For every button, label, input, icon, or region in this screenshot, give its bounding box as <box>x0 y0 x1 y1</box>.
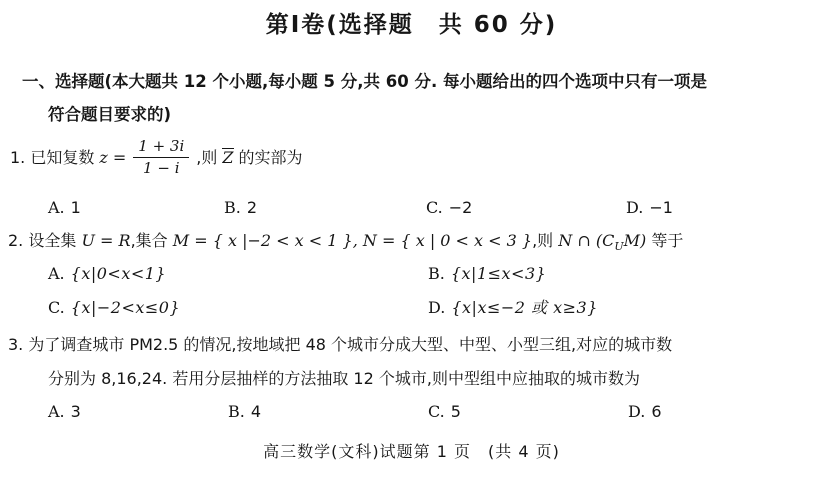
question-3-options: A.3 B.4 C.5 D.6 <box>0 402 823 426</box>
q1-fraction-denominator: 1 − i <box>143 158 179 178</box>
q2-option-b-label: B. <box>428 264 445 283</box>
q3-option-a-text: 3 <box>71 402 81 421</box>
q2-option-d: D.{x|x≤−2 或 x≥3} <box>428 298 598 317</box>
q1-option-c-label: C. <box>426 198 443 217</box>
question-2-options-cd: C.{x|−2<x≤0} D.{x|x≤−2 或 x≥3} <box>0 298 823 322</box>
question-1-options: A.1 B.2 C.−2 D.−1 <box>0 198 823 222</box>
q1-option-c: C.−2 <box>426 198 472 217</box>
q3-option-c: C.5 <box>428 402 461 421</box>
q2-text-3: ,则 <box>532 231 558 250</box>
q1-option-c-text: −2 <box>449 198 473 217</box>
question-1-stem: 1. 已知复数 z = 1 + 3i 1 − i ,则 Z 的实部为 <box>10 137 303 178</box>
q3-option-d-label: D. <box>628 402 645 421</box>
question-3-stem-line2: 分别为 8,16,24. 若用分层抽样的方法抽取 12 个城市,则中型组中应抽取… <box>48 369 640 388</box>
q1-fraction-numerator: 1 + 3i <box>133 137 189 158</box>
q1-option-d-label: D. <box>626 198 643 217</box>
page-footer: 高三数学(文科)试题第 1 页 (共 4 页) <box>0 442 823 461</box>
section-header-line1: 一、选择题(本大题共 12 个小题,每小题 5 分,共 60 分. 每小题给出的… <box>22 72 707 92</box>
q1-text-pre: 1. 已知复数 <box>10 148 94 167</box>
q2-option-a-text: {x|0<x<1} <box>71 264 166 283</box>
section-header-line2: 符合题目要求的) <box>48 105 171 125</box>
q2-option-a: A.{x|0<x<1} <box>48 264 166 283</box>
q2-math-sets: M = { x |−2 < x < 1 }, N = { x | 0 < x <… <box>173 231 532 250</box>
question-2-options-ab: A.{x|0<x<1} B.{x|1≤x<3} <box>0 264 823 288</box>
question-3-stem-line1: 3. 为了调查城市 PM2.5 的情况,按地域把 48 个城市分成大型、中型、小… <box>8 335 672 354</box>
q2-text-1: 2. 设全集 <box>8 231 81 250</box>
page-title: 第Ⅰ卷(选择题 共 60 分) <box>0 6 823 39</box>
q2-option-d-label: D. <box>428 298 445 317</box>
q3-option-d: D.6 <box>628 402 662 421</box>
q1-option-a: A.1 <box>48 198 81 217</box>
q1-option-d-text: −1 <box>649 198 673 217</box>
q1-option-a-label: A. <box>48 198 65 217</box>
q2-option-c: C.{x|−2<x≤0} <box>48 298 180 317</box>
q2-option-a-label: A. <box>48 264 65 283</box>
q2-option-b-text: {x|1≤x<3} <box>451 264 546 283</box>
q2-option-c-text: {x|−2<x≤0} <box>71 298 180 317</box>
q1-option-b-text: 2 <box>247 198 257 217</box>
q1-option-d: D.−1 <box>626 198 673 217</box>
q2-math-universe: U = R <box>81 231 130 250</box>
q1-fraction: 1 + 3i 1 − i <box>133 137 189 178</box>
q3-option-a: A.3 <box>48 402 81 421</box>
q2-option-d-text: {x|x≤−2 或 x≥3} <box>451 298 598 317</box>
q3-option-a-label: A. <box>48 402 65 421</box>
q2-option-b: B.{x|1≤x<3} <box>428 264 546 283</box>
q3-option-c-label: C. <box>428 402 445 421</box>
q1-option-b: B.2 <box>224 198 257 217</box>
q1-z-equals: z = <box>99 148 126 167</box>
q2-text-4: 等于 <box>646 231 683 250</box>
q1-z-conjugate: Z <box>222 148 233 167</box>
q2-text-2: ,集合 <box>131 231 173 250</box>
q3-option-b: B.4 <box>228 402 261 421</box>
q1-text-mid: ,则 <box>196 148 217 167</box>
q3-option-b-text: 4 <box>251 402 261 421</box>
q2-complement-subscript: U <box>614 240 623 253</box>
q3-option-c-text: 5 <box>451 402 461 421</box>
q1-option-b-label: B. <box>224 198 241 217</box>
q1-option-a-text: 1 <box>71 198 81 217</box>
q2-math-close: M) <box>624 231 647 250</box>
q1-text-post: 的实部为 <box>239 148 303 167</box>
exam-page: 第Ⅰ卷(选择题 共 60 分) 一、选择题(本大题共 12 个小题,每小题 5 … <box>0 0 823 492</box>
q2-math-intersection: N ∩ (C <box>558 231 614 250</box>
q3-option-d-text: 6 <box>651 402 661 421</box>
question-2-stem: 2. 设全集 U = R,集合 M = { x |−2 < x < 1 }, N… <box>8 231 683 253</box>
q3-option-b-label: B. <box>228 402 245 421</box>
q2-option-c-label: C. <box>48 298 65 317</box>
